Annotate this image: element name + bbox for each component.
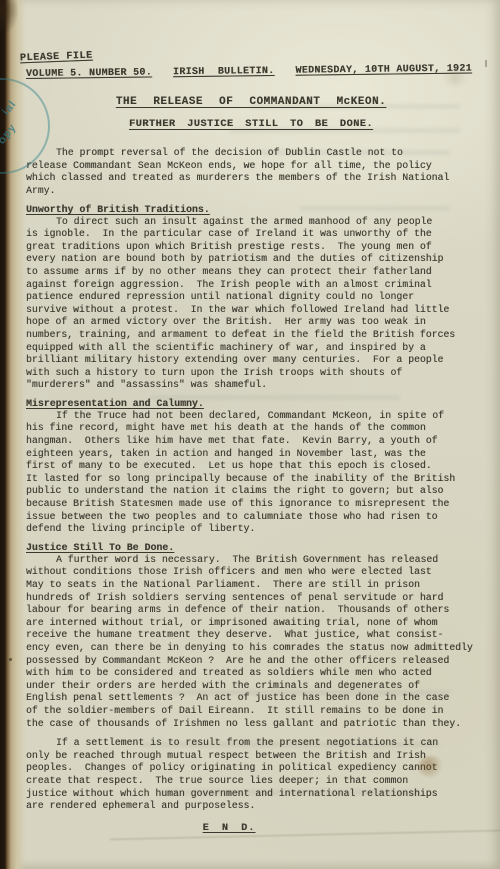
masthead-title: IRISH BULLETIN. [173,66,275,80]
closing-paragraph: If a settlement is to result from the pr… [26,737,476,813]
document-page: ial opy PLEASE FILE VOLUME 5. NUMBER 50.… [0,0,500,869]
paper-speck [485,60,487,67]
masthead-volume: VOLUME 5. NUMBER 50. [26,67,152,81]
masthead: VOLUME 5. NUMBER 50. IRISH BULLETIN. WED… [26,63,476,81]
ink-stain [418,756,444,778]
ink-stain [440,70,470,86]
please-file-note: PLEASE FILE [20,51,93,66]
section-heading: Misrepresentation and Calumny. [26,397,476,410]
article-subheadline: FURTHER JUSTICE STILL TO BE DONE. [26,118,476,131]
stamp-text-fragment: opy [0,121,19,146]
corner-blotch [0,0,18,34]
stamp-text-fragment: ial [0,98,19,117]
section-paragraph: A further word is necessary. The British… [26,554,476,730]
article-headline: THE RELEASE OF COMMANDANT McKEON. [26,95,476,109]
section-heading: Justice Still To Be Done. [26,541,476,554]
section-paragraph: If the Truce had not been declared, Comm… [26,410,476,536]
section-heading: Unworthy of British Traditions. [26,203,476,216]
typed-content: PLEASE FILE VOLUME 5. NUMBER 50. IRISH B… [26,44,476,835]
section-misrepresentation: Misrepresentation and Calumny. If the Tr… [26,397,476,536]
section-unworthy: Unworthy of British Traditions. To direc… [26,203,476,392]
section-justice: Justice Still To Be Done. A further word… [26,541,476,730]
paper-speck [9,658,12,661]
intro-paragraph: The prompt reversal of the decision of D… [26,147,476,197]
section-paragraph: To direct such an insult against the arm… [26,216,476,392]
